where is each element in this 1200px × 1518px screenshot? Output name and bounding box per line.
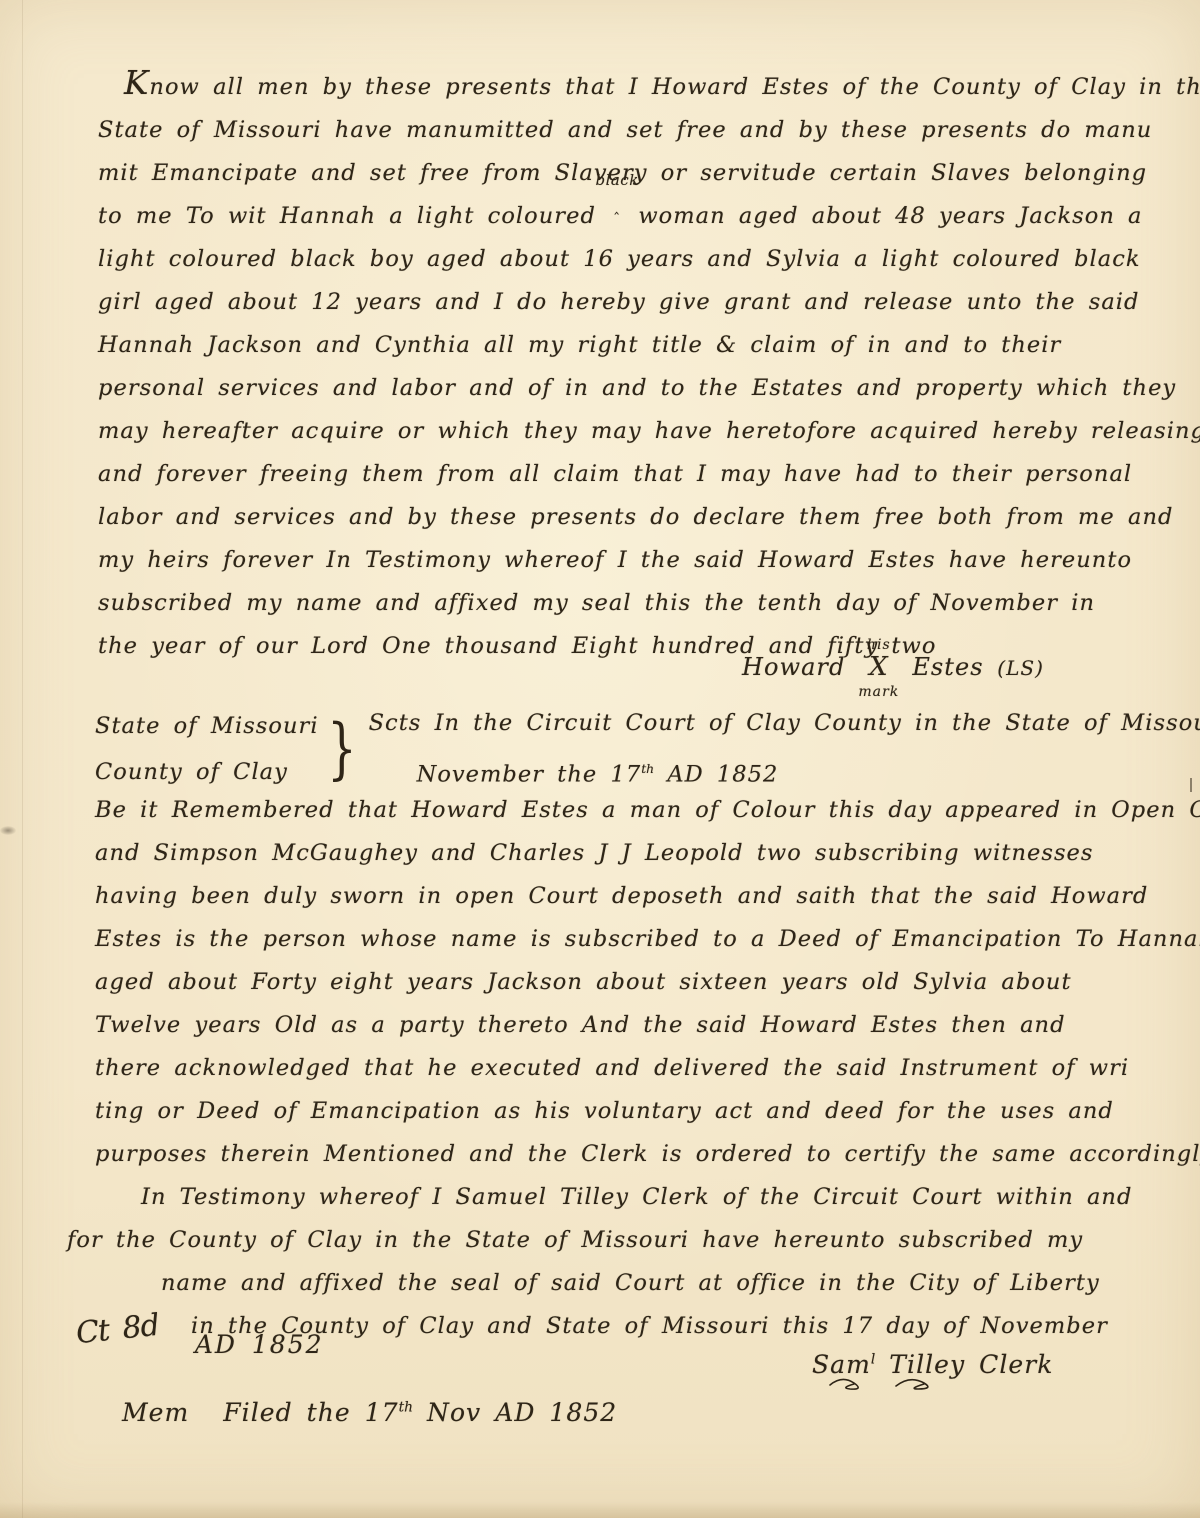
court-name: In the Circuit Court of Clay County in t…	[435, 710, 1200, 736]
insertion-point: black ‸	[609, 201, 625, 224]
deed-line: Know all men by these presents that I Ho…	[98, 62, 1200, 109]
scan-edge-line	[22, 0, 23, 1518]
memo-ordinal: th	[399, 1400, 413, 1416]
attestation-caption: State of Missouri County of Clay } Scts …	[95, 700, 1200, 798]
court-line: and Simpson McGaughey and Charles J J Le…	[95, 832, 1200, 875]
court-line: there acknowledged that he executed and …	[95, 1047, 1200, 1090]
memo-label: Mem	[122, 1398, 189, 1427]
testimony-line: name and affixed the seal of said Court …	[161, 1262, 1200, 1305]
deed-line-with-insert: to me To wit Hannah a light coloured bla…	[98, 195, 1200, 238]
court-line: purposes therein Mentioned and the Clerk…	[95, 1133, 1200, 1176]
deed-line: personal services and labor and of in an…	[98, 367, 1200, 410]
date-year: AD 1852	[654, 762, 778, 788]
document-page: Know all men by these presents that I Ho…	[0, 0, 1200, 1518]
sct-abbrev: Scts	[369, 710, 422, 736]
court-line: aged about Forty eight years Jackson abo…	[95, 961, 1200, 1004]
court-line: Twelve years Old as a party thereto And …	[95, 1004, 1200, 1047]
deed-line: labor and services and by these presents…	[98, 496, 1200, 539]
signature-last-name: Estes	[912, 653, 983, 681]
signature-flourish-icon	[826, 1377, 1016, 1391]
signature-first-name: Howard	[742, 653, 845, 681]
caption-block: Scts In the Circuit Court of Clay County…	[369, 700, 1200, 798]
venue-block: State of Missouri County of Clay	[95, 703, 319, 795]
clerk-fee-mark: Ct 8d	[74, 1308, 160, 1351]
deed-line: light coloured black boy aged about 16 y…	[98, 238, 1200, 281]
court-record: Be it Remembered that Howard Estes a man…	[95, 789, 1200, 1348]
grantor-signature: Howard his X mark Estes (LS)	[742, 652, 1044, 682]
testimony-line: in the County of Clay and State of Misso…	[191, 1305, 1200, 1348]
paper-bottom-shade	[0, 1502, 1200, 1518]
clerk-signature: Saml Tilley Clerk	[812, 1350, 1053, 1391]
deed-body: Know all men by these presents that I Ho…	[98, 62, 1200, 668]
deed-line: Hannah Jackson and Cynthia all my right …	[98, 324, 1200, 367]
memo-date: Nov AD 1852	[413, 1398, 617, 1427]
court-line: Estes is the person whose name is subscr…	[95, 918, 1200, 961]
caption-court-line: Scts In the Circuit Court of Clay County…	[369, 700, 1200, 746]
deed-line: may hereafter acquire or which they may …	[98, 410, 1200, 453]
deed-line: State of Missouri have manumitted and se…	[98, 109, 1200, 152]
ad-year: AD 1852	[195, 1330, 324, 1359]
seal-notation: (LS)	[997, 656, 1044, 680]
court-line: Be it Remembered that Howard Estes a man…	[95, 789, 1200, 832]
memo-text: Filed the 17th Nov AD 1852	[223, 1398, 617, 1427]
deed-line: subscribed my name and affixed my seal t…	[98, 582, 1200, 625]
clerk-sig-name: Sam	[812, 1350, 871, 1379]
filing-memo: Mem Filed the 17th Nov AD 1852	[122, 1398, 617, 1427]
court-line: having been duly sworn in open Court dep…	[95, 875, 1200, 918]
venue-county: County of Clay	[95, 749, 319, 795]
deed-line: my heirs forever In Testimony whereof I …	[98, 539, 1200, 582]
venue-brace: }	[327, 703, 356, 795]
deed-line-before-insert: to me To wit Hannah a light coloured	[98, 203, 596, 229]
x-mark: X	[869, 652, 889, 682]
memo-filed: Filed the 17	[223, 1398, 398, 1427]
mark-label: mark	[858, 684, 899, 700]
scan-smudge	[0, 826, 16, 835]
deed-line: mit Emancipate and set free from Slavery…	[98, 152, 1200, 195]
date-ordinal: th	[641, 762, 654, 776]
testimony-line: for the County of Clay in the State of M…	[67, 1219, 1200, 1262]
caret-mark: ‸	[614, 186, 620, 229]
footer-left: Ct 8d AD 1852	[76, 1326, 324, 1361]
testimony-line: In Testimony whereof I Samuel Tilley Cle…	[141, 1176, 1200, 1219]
clerk-sig-title: Tilley Clerk	[875, 1350, 1053, 1379]
deed-line-after-insert: woman aged about 48 years Jackson a	[638, 203, 1142, 229]
deed-line: and forever freeing them from all claim …	[98, 453, 1200, 496]
signature-x-mark: his X mark	[859, 652, 899, 682]
venue-state: State of Missouri	[95, 703, 319, 749]
his-label: his	[867, 637, 891, 653]
court-line: ting or Deed of Emancipation as his volu…	[95, 1090, 1200, 1133]
deed-line: girl aged about 12 years and I do hereby…	[98, 281, 1200, 324]
date-text: November the 17	[417, 762, 642, 788]
